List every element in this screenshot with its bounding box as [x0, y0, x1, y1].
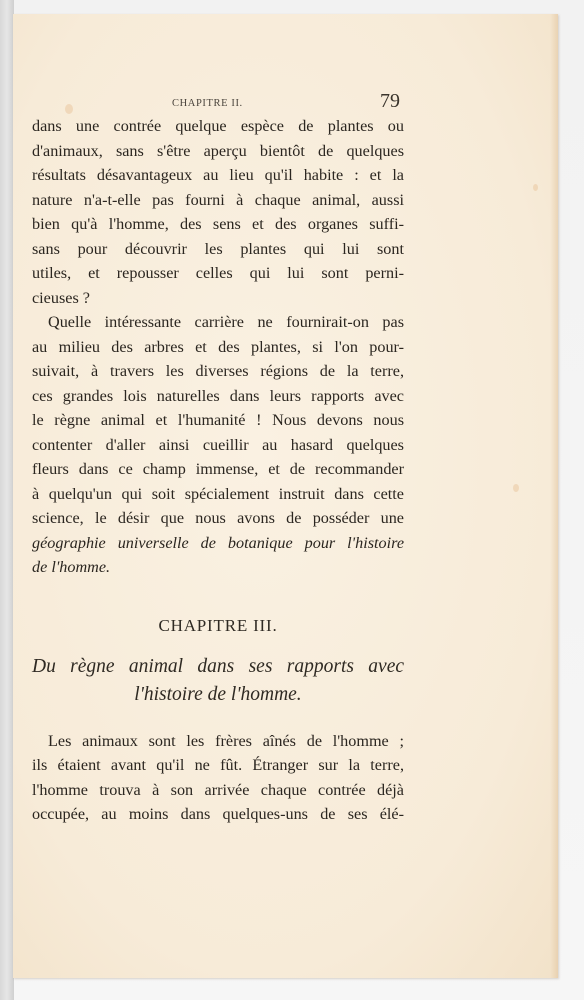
chapter-subtitle: Du règne animal dans ses rapports avec l…: [32, 653, 404, 709]
foxing-spot: [513, 484, 519, 492]
running-head: CHAPITRE II. 79: [32, 90, 404, 114]
text-line: utiles, et repousser celles qui lui sont…: [32, 261, 404, 286]
text-line: contenter d'aller ainsi cueillir au hasa…: [32, 433, 404, 458]
text-line: bien qu'à l'homme, des sens et des organ…: [32, 212, 404, 237]
running-head-chapter: CHAPITRE II.: [172, 98, 243, 109]
text-line: ils étaient avant qu'il ne fût. Étranger…: [32, 753, 404, 778]
chapter-subtitle-line: l'histoire de l'homme.: [32, 681, 404, 709]
text-line: d'animaux, sans s'être aperçu bientôt de…: [32, 139, 404, 164]
text-line: ces grandes lois naturelles dans leurs r…: [32, 384, 404, 409]
text-line: nature n'a-t-elle pas fourni à chaque an…: [32, 188, 404, 213]
page-text-block: CHAPITRE II. 79 dans une contrée quelque…: [32, 90, 404, 827]
italic-text-line: de l'homme.: [32, 555, 404, 580]
scanned-page-view: CHAPITRE II. 79 dans une contrée quelque…: [0, 0, 584, 1000]
text-line: science, le désir que nous avons de poss…: [32, 506, 404, 531]
page-number: 79: [380, 90, 400, 113]
text-line: au milieu des arbres et des plantes, si …: [32, 335, 404, 360]
text-line: dans une contrée quelque espèce de plant…: [32, 114, 404, 139]
book-binding-edge: [0, 0, 14, 1000]
text-line: Les animaux sont les frères aînés de l'h…: [32, 729, 404, 754]
paragraph-botany: Quelle intéressante carrière ne fournira…: [32, 310, 404, 580]
book-page: CHAPITRE II. 79 dans une contrée quelque…: [13, 14, 558, 978]
italic-text-line: géographie universelle de botanique pour…: [32, 531, 404, 556]
chapter-heading: CHAPITRE III.: [32, 613, 404, 639]
paragraph-animals: Les animaux sont les frères aînés de l'h…: [32, 729, 404, 827]
text-line: occupée, au moins dans quelques-uns de s…: [32, 802, 404, 827]
paragraph-continuation: dans une contrée quelque espèce de plant…: [32, 114, 404, 310]
text-line: l'homme trouva à son arrivée chaque cont…: [32, 778, 404, 803]
text-line: le règne animal et l'humanité ! Nous dev…: [32, 408, 404, 433]
foxing-spot: [533, 184, 538, 191]
text-line: sans pour découvrir les plantes qui lui …: [32, 237, 404, 262]
text-line: cieuses ?: [32, 286, 404, 311]
chapter-subtitle-line: Du règne animal dans ses rapports avec: [32, 653, 404, 681]
text-line: résultats désavantageux au lieu qu'il ha…: [32, 163, 404, 188]
text-line: fleurs dans ce champ immense, et de reco…: [32, 457, 404, 482]
text-line: à quelqu'un qui soit spécialement instru…: [32, 482, 404, 507]
text-line: suivait, à travers les diverses régions …: [32, 359, 404, 384]
text-line: Quelle intéressante carrière ne fournira…: [32, 310, 404, 335]
